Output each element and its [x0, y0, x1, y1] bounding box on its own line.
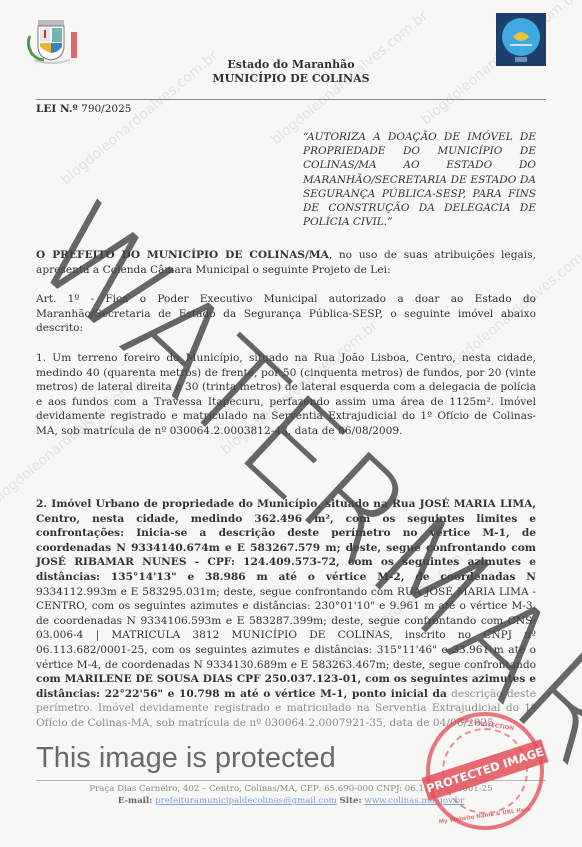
header-divider	[36, 99, 546, 100]
site-link[interactable]: www.colinas.ma.gov.br	[364, 796, 464, 806]
property-item-2: 2. Imóvel Urbano de propriedade do Munic…	[36, 497, 536, 731]
email-label: E-mail:	[118, 796, 153, 806]
law-ementa: “AUTORIZA A DOAÇÃO DE IMÓVEL DE PROPRIED…	[303, 130, 536, 229]
document-page: blogdoleonardoalves.com.br blogdoleonard…	[0, 0, 582, 847]
law-number-value: 790/2025	[81, 103, 131, 115]
coat-of-arms-icon	[24, 14, 80, 64]
site-label: Site:	[340, 796, 362, 806]
property-item-1: 1. Um terreno foreiro do Município, situ…	[36, 351, 536, 439]
item2-regular: 9334112.993m e E 583295.031m; deste, seg…	[36, 586, 536, 671]
protected-notice: This image is protected	[36, 742, 336, 775]
intro-bold: O PREFEITO DO MUNICÍPIO DE COLINAS/MA	[36, 249, 329, 261]
footer-address: Praça Dias Carneiro, 402 – Centro, Colin…	[0, 784, 582, 794]
municipality-name: MUNICÍPIO DE COLINAS	[0, 72, 582, 85]
law-label: LEI N.º	[36, 103, 78, 115]
intro-paragraph: O PREFEITO DO MUNICÍPIO DE COLINAS/MA, n…	[36, 248, 536, 277]
stamp-ring-bottom: My Website Name & URL Here	[430, 805, 540, 826]
item2-bold: 2. Imóvel Urbano de propriedade do Munic…	[36, 498, 536, 583]
footer-contact: E-mail: prefeituramunicipaldecolinas@gma…	[0, 796, 582, 806]
email-link[interactable]: prefeituramunicipaldecolinas@gmail.com	[155, 796, 337, 806]
article-1: Art. 1º - Fica o Poder Executivo Municip…	[36, 292, 536, 336]
state-name: Estado do Maranhão	[0, 58, 582, 71]
footer-divider	[36, 780, 546, 781]
law-number: LEI N.º 790/2025	[36, 103, 131, 115]
